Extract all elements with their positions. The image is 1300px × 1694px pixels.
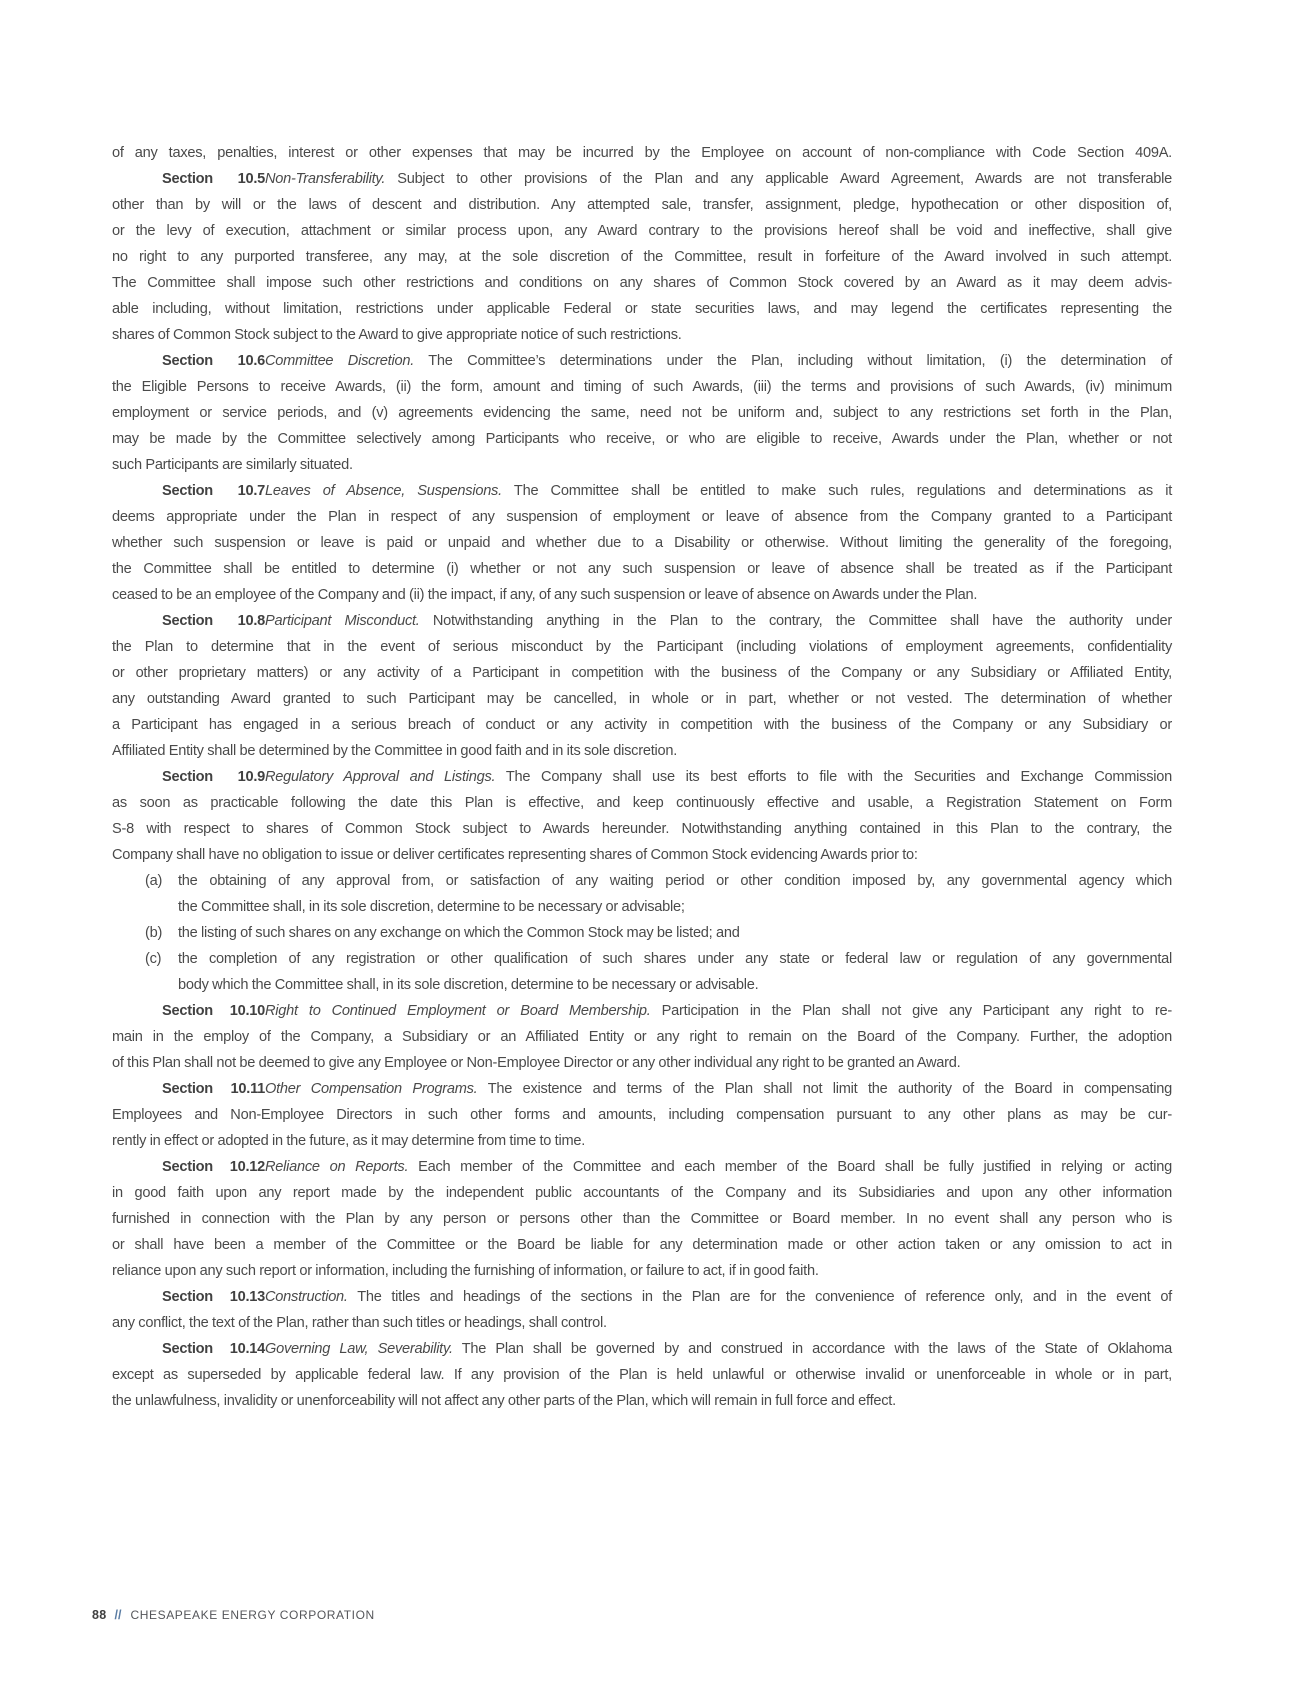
text-line: as soon as practicable following the dat… [112,790,1172,816]
text-line: Section 10.12Reliance on Reports. Each m… [112,1154,1172,1180]
section-number: Section 10.11 [137,1076,265,1102]
section-number: Section 10.7 [137,478,265,504]
text-line: or the levy of execution, attachment or … [112,218,1172,244]
text-line: no right to any purported transferee, an… [112,244,1172,270]
text-line: reliance upon any such report or informa… [112,1258,1172,1284]
text-line: employment or service periods, and (v) a… [112,400,1172,426]
document-page: of any taxes, penalties, interest or oth… [0,0,1300,1694]
text-line: Affiliated Entity shall be determined by… [112,738,1172,764]
section-number: Section 10.6 [137,348,265,374]
text-line: (a)the obtaining of any approval from, o… [112,868,1172,894]
text-line: of this Plan shall not be deemed to give… [112,1050,1172,1076]
section-number: Section 10.8 [137,608,265,634]
text-line: except as superseded by applicable feder… [112,1362,1172,1388]
text-line: a Participant has engaged in a serious b… [112,712,1172,738]
text-line: Company shall have no obligation to issu… [112,842,1172,868]
text-line: the unlawfulness, invalidity or unenforc… [112,1388,1172,1414]
text-line: of any taxes, penalties, interest or oth… [112,140,1172,166]
text-line: rently in effect or adopted in the futur… [112,1128,1172,1154]
section-title: Other Compensation Programs. [265,1081,477,1097]
text-line: able including, without limitation, rest… [112,296,1172,322]
text-line: The Committee shall impose such other re… [112,270,1172,296]
text-line: Employees and Non-Employee Directors in … [112,1102,1172,1128]
text-line: the Eligible Persons to receive Awards, … [112,374,1172,400]
list-marker: (a) [145,868,162,894]
text-line: other than by will or the laws of descen… [112,192,1172,218]
text-line: shares of Common Stock subject to the Aw… [112,322,1172,348]
section-title: Non-Transferability. [265,171,385,187]
text-line: (b)the listing of such shares on any exc… [112,920,1172,946]
text-line: furnished in connection with the Plan by… [112,1206,1172,1232]
company-name: CHESAPEAKE ENERGY CORPORATION [130,1608,374,1622]
text-line: Section 10.14Governing Law, Severability… [112,1336,1172,1362]
section-title: Construction. [265,1289,348,1305]
section-number: Section 10.10 [137,998,265,1024]
text-line: Section 10.13Construction. The titles an… [112,1284,1172,1310]
page-footer: 88//CHESAPEAKE ENERGY CORPORATION [92,1606,375,1624]
text-line: such Participants are similarly situated… [112,452,1172,478]
text-line: the Plan to determine that in the event … [112,634,1172,660]
text-line: Section 10.8Participant Misconduct. Notw… [112,608,1172,634]
text-line: whether such suspension or leave is paid… [112,530,1172,556]
text-line: any conflict, the text of the Plan, rath… [112,1310,1172,1336]
text-line: the Committee shall, in its sole discret… [112,894,1172,920]
text-line: Section 10.10Right to Continued Employme… [112,998,1172,1024]
section-number: Section 10.14 [137,1336,265,1362]
section-title: Right to Continued Employment or Board M… [265,1003,651,1019]
text-line: Section 10.9Regulatory Approval and List… [112,764,1172,790]
section-title: Regulatory Approval and Listings. [265,769,495,785]
text-line: S-8 with respect to shares of Common Sto… [112,816,1172,842]
section-title: Committee Discretion. [265,353,414,369]
section-title: Participant Misconduct. [265,613,420,629]
text-line: Section 10.11Other Compensation Programs… [112,1076,1172,1102]
footer-separator: // [115,1608,122,1622]
text-line: deems appropriate under the Plan in resp… [112,504,1172,530]
section-title: Leaves of Absence, Suspensions. [265,483,502,499]
text-line: or shall have been a member of the Commi… [112,1232,1172,1258]
section-number: Section 10.12 [137,1154,265,1180]
text-line: may be made by the Committee selectively… [112,426,1172,452]
section-title: Governing Law, Severability. [265,1341,453,1357]
text-line: (c)the completion of any registration or… [112,946,1172,972]
text-line: any outstanding Award granted to such Pa… [112,686,1172,712]
text-line: in good faith upon any report made by th… [112,1180,1172,1206]
list-marker: (b) [145,920,162,946]
list-marker: (c) [145,946,161,972]
section-number: Section 10.9 [137,764,265,790]
text-line: or other proprietary matters) or any act… [112,660,1172,686]
text-line: main in the employ of the Company, a Sub… [112,1024,1172,1050]
text-line: Section 10.5Non-Transferability. Subject… [112,166,1172,192]
text-line: body which the Committee shall, in its s… [112,972,1172,998]
section-number: Section 10.13 [137,1284,265,1310]
text-line: ceased to be an employee of the Company … [112,582,1172,608]
text-line: Section 10.6Committee Discretion. The Co… [112,348,1172,374]
section-title: Reliance on Reports. [265,1159,408,1175]
section-number: Section 10.5 [137,166,265,192]
document-body: of any taxes, penalties, interest or oth… [112,140,1172,1414]
text-line: the Committee shall be entitled to deter… [112,556,1172,582]
page-number: 88 [92,1608,107,1622]
text-line: Section 10.7Leaves of Absence, Suspensio… [112,478,1172,504]
